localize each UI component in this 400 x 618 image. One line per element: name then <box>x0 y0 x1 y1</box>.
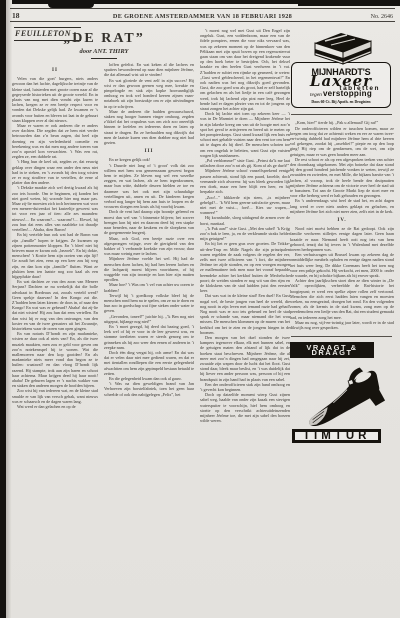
paragraph: Mijnheer Jérôme schoof vanzelfsprekend e… <box>200 168 290 194</box>
column-4: MIJNHARDT'S Laxeer tabletten tegen verst… <box>290 28 394 443</box>
section-heading: IV. <box>290 218 394 223</box>
masthead: 18 DE GROENE AMSTERDAMMER VAN 18 FEBRUAR… <box>10 8 395 22</box>
scan-smudge <box>48 0 94 8</box>
section-heading: III <box>104 149 194 154</box>
mijnhardt-tagline-pre: tegen <box>310 92 322 98</box>
paragraph: Maar nu nog, vijf-en-twintig jaar later,… <box>290 320 394 330</box>
column-1: IIVelen van die goei’ burgers, niets and… <box>12 64 98 409</box>
paragraph: En hij liet er geen gras over groeien. D… <box>200 241 290 293</box>
paragraph: De rest schoot er als op een afgesproken… <box>290 157 394 199</box>
section-heading: II <box>12 68 98 73</box>
paragraph: Maar, och God, een beetje ruzie over een… <box>104 236 194 257</box>
paragraph: Een verhuiswagen uit Brussel kwam op zek… <box>290 252 394 278</box>
timtur-ad: VRAAGT & DRAAGT TIMTUR <box>290 342 394 443</box>
paragraph: Velen van die goei’ burgers, niets ander… <box>12 76 98 123</box>
column-3: ’t moest nog wel met Gust uit Den Engel … <box>200 28 290 423</box>
paragraph: Dat was wat in de kleine stad! Een duel!… <box>200 293 290 335</box>
paragraph: Mijnheer Jérôme voelde het wel. Hij had … <box>104 256 194 282</box>
mijnhardt-price-line: Doos 60 Ct. Bij Apoth. en Drogisten <box>294 100 388 105</box>
column-2: loffen gefeltst. En wat keken al die lac… <box>104 62 194 397</box>
paragraph: Doch één ding vergat hij, och arme! En d… <box>104 350 194 376</box>
paragraph: En ’s anderendaags wist heel de stad het… <box>290 198 394 214</box>
shoe-illustration <box>298 361 390 427</box>
mijnhardt-tagline-word: verstopping <box>323 89 372 98</box>
paragraph: ’t Duurde niet lang of ’t groot’ volk da… <box>104 163 194 210</box>
paragraph: Nood niet moést hebben ze de Rat gedoopt… <box>290 226 394 252</box>
paragraph: De onderofficieren wilden er tusschen ko… <box>290 126 394 157</box>
paragraph: En hij vertelde hun ook wat had de Baron… <box>12 232 98 279</box>
masthead-rule-bottom <box>10 21 395 22</box>
article-title: „DE RAT” <box>12 31 196 47</box>
paragraph: Den morgen van het duel stonden de twee … <box>200 335 290 382</box>
paragraph: „Zoo!...” blikkerde zijn stem, „is mijnh… <box>200 195 290 216</box>
paragraph: Maar hoe? ’t Was om ’t vel van achter uw… <box>104 282 194 292</box>
tablet-box-illustration <box>305 28 377 68</box>
column-divider <box>291 336 392 337</box>
paragraph: ’t moest nog wel met Gust uit Den Engel … <box>200 28 290 111</box>
paragraph: Terwijl bij ’t goedkoop volkske bleef hi… <box>104 293 194 314</box>
paragraph: „Pol verblomme!” siste Gust. „Peinst da’… <box>200 158 290 168</box>
paragraph: loffen gefeltst. En wat keken al die lac… <box>104 62 194 78</box>
paragraph: Achter den jaarlijkschen stoet dien ze d… <box>290 278 394 320</box>
paragraph: Maar er waren er ook anderen die er ande… <box>12 123 98 159</box>
paragraph: ’t Was na dien geweldigen brand van Jan … <box>104 381 194 397</box>
column-4-text: „Kom, hier!” tierde hij. „Pak u allemaal… <box>290 120 394 330</box>
paragraph: En van notaris D’hondt en zijn madamieke… <box>12 331 98 388</box>
paragraph: ’t Hing hun de keel uit, zegden ze, dat … <box>12 159 98 185</box>
article-title-block: „DE RAT” door ANT. THIRY <box>12 31 196 59</box>
paragraph: Doch de vent had daarop zijn boontje gel… <box>104 209 194 235</box>
paragraph: Hij kwanhalde, sloeg uitdagend de armen … <box>200 215 290 225</box>
paragraph: Doch op datzelfde moment wierp Gust zijn… <box>200 392 290 423</box>
column-divider <box>291 114 392 115</box>
paragraph: Zoo wist hij van iedereen wat, en de kle… <box>12 388 98 404</box>
scan-smudge <box>298 0 400 6</box>
timtur-logo: TIMTUR <box>292 429 381 443</box>
title-divider <box>91 58 117 59</box>
mijnhardt-ad: MIJNHARDT'S Laxeer tabletten tegen verst… <box>291 28 391 108</box>
paragraph: Wat werd er dan gelachen en op de <box>12 404 98 409</box>
page-number: 18 <box>12 11 54 20</box>
paragraph: Doch hij lachte niet toen op zekeren kee… <box>200 111 290 158</box>
paragraph: Een der onderofficieren stak zijn hand o… <box>200 382 290 392</box>
paragraph: „Gevonden, toneel!” juichte hij. „’k Ben… <box>104 314 194 324</box>
paragraph: ’t Dekske maakte zich wel dertig kwaad a… <box>12 185 98 232</box>
paragraph: En wat gloriede de vent zelf in zijn suc… <box>104 78 194 109</box>
newspaper-page: 18 DE GROENE AMSTERDAMMER VAN 18 FEBRUAR… <box>0 0 400 618</box>
mijnhardt-tagline: tegen verstopping <box>294 91 388 98</box>
issue-number: No. 2646 <box>351 14 393 20</box>
vraagt-draagt-banner: VRAAGT & DRAAGT <box>290 342 374 358</box>
newspaper-title: DE GROENE AMSTERDAMMER VAN 18 FEBRUARI 1… <box>54 13 351 20</box>
paragraph: Maar de anderen die hadden gewaarschuwd,… <box>104 109 194 145</box>
paragraph: En ’t moet gezegd, hij deed dat bazing g… <box>104 324 194 350</box>
mijnhardt-ad-frame: MIJNHARDT'S Laxeer tabletten tegen verst… <box>291 62 391 108</box>
paragraph: „’k Pak aan!” siste Gust. „Met den sabel… <box>200 226 290 242</box>
paragraph: En wat dachten ze van den zoon van Menee… <box>12 279 98 331</box>
article-byline: door ANT. THIRY <box>12 48 196 55</box>
